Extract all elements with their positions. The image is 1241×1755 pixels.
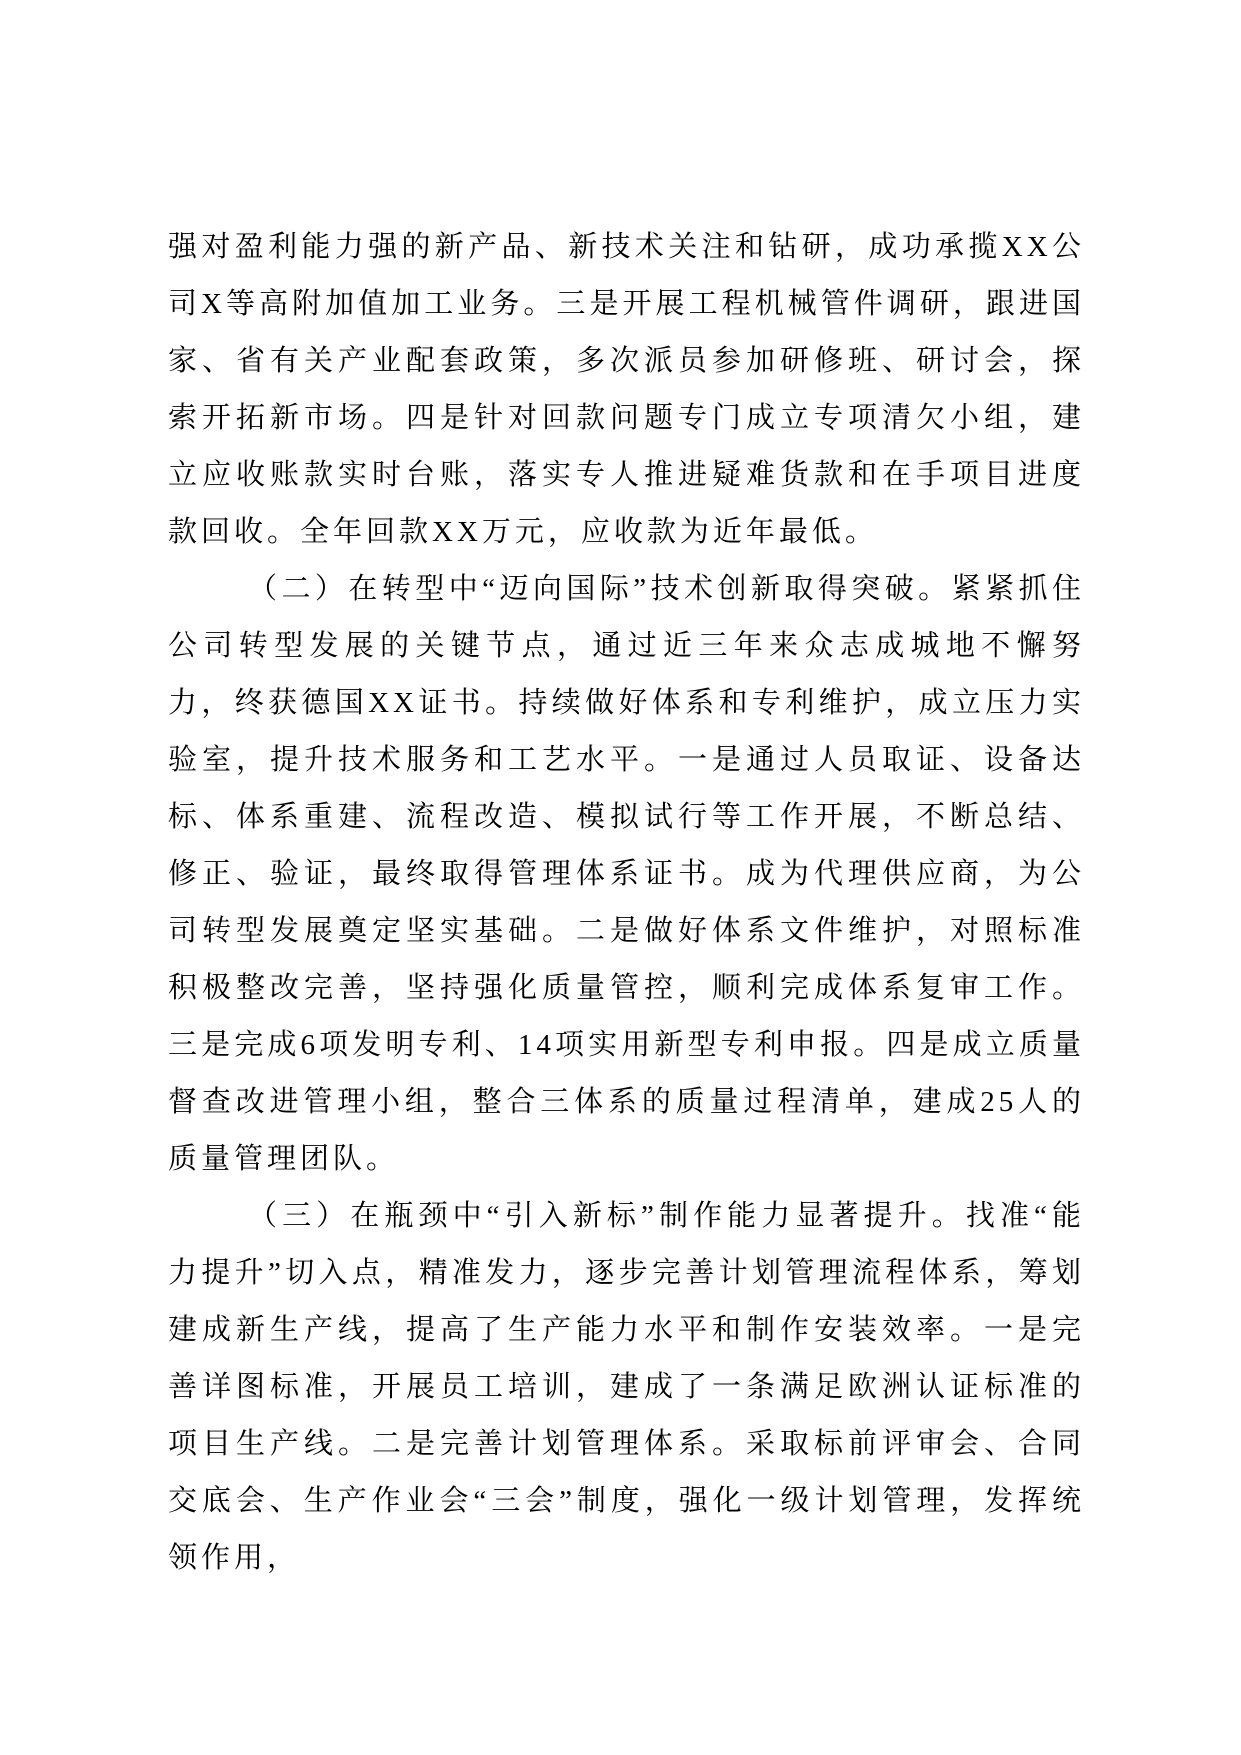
section-2-body-text: 紧紧抓住公司转型发展的关键节点，通过近三年来众志成城地不懈努力，终获德国XX证书…: [168, 573, 1085, 1175]
document-page: 强对盈利能力强的新产品、新技术关注和钻研，成功承揽XX公司X等高附加值加工业务。…: [0, 0, 1241, 1755]
section-paragraph-2: （二）在转型中“迈向国际”技术创新取得突破。紧紧抓住公司转型发展的关键节点，通过…: [168, 561, 1085, 1188]
document-text-block: 强对盈利能力强的新产品、新技术关注和钻研，成功承揽XX公司X等高附加值加工业务。…: [168, 219, 1085, 1587]
section-3-heading: （三）在瓶颈中“引入新标”制作能力显著提升。: [248, 1200, 966, 1232]
paragraph-continuation: 强对盈利能力强的新产品、新技术关注和钻研，成功承揽XX公司X等高附加值加工业务。…: [168, 219, 1085, 561]
section-3-body-text: 找准“能力提升”切入点，精准发力，逐步完善计划管理流程体系，筹划建成新生产线，提…: [168, 1200, 1085, 1574]
section-paragraph-3: （三）在瓶颈中“引入新标”制作能力显著提升。找准“能力提升”切入点，精准发力，逐…: [168, 1188, 1085, 1587]
section-2-heading: （二）在转型中“迈向国际”技术创新取得突破。: [248, 573, 952, 605]
